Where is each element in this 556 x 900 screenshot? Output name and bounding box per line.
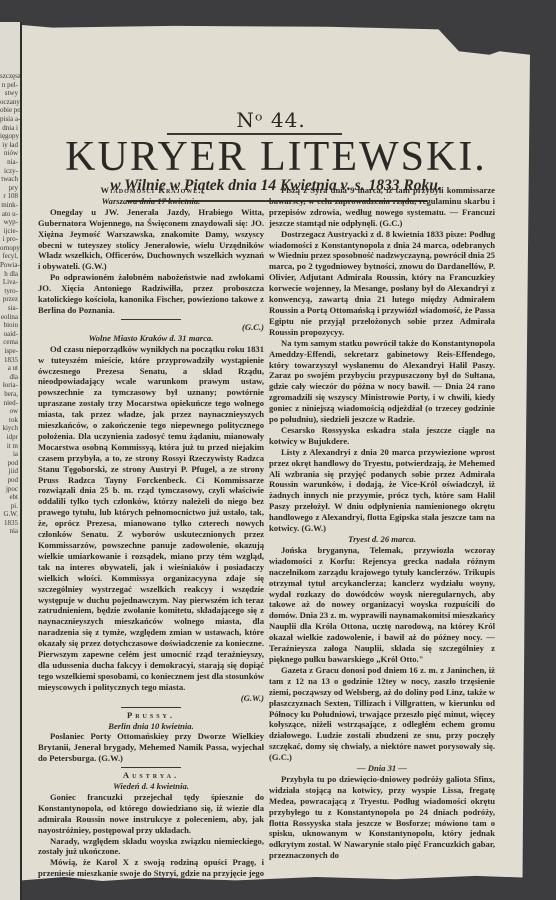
previous-page-text-fragment: sia-: [0, 304, 20, 313]
previous-page-text-fragment: ijcie-: [0, 227, 20, 236]
previous-page-text-fragment: ato u-: [0, 210, 20, 219]
previous-page-text-fragment: dla: [0, 373, 20, 382]
previous-page-text-fragment: kiych: [0, 424, 20, 433]
separator-rule: [121, 767, 181, 768]
previous-page-text-fragment: nia: [0, 527, 20, 536]
article-paragraph: Onegday u JW. Jenerała Jazdy, Hrabiego W…: [38, 207, 264, 272]
previous-page-text-fragment: oczany: [0, 98, 20, 107]
article-paragraph: Dostrzegacz Austryacki z d. 8 kwietnia 1…: [269, 229, 495, 338]
previous-page-text-fragment: ornopy: [0, 244, 20, 253]
previous-page-text-fragment: pod: [0, 459, 20, 468]
previous-page-text-fragment: ięgopy: [0, 132, 20, 141]
previous-page-text-fragment: nia-: [0, 158, 20, 167]
section-heading-domestic: Wiadomości Krajowe.: [38, 185, 264, 196]
previous-page-text-fragment: pry: [0, 184, 20, 193]
dateline-vienna: Wiedeń d. 4 kwietnia.: [38, 781, 264, 792]
right-column: Piszą z Syra dnia 9 marca, iż tam przyby…: [269, 185, 495, 861]
previous-page-text-fragment: r 108: [0, 192, 20, 201]
separator-rule: [121, 319, 181, 320]
previous-page-text-fragment: bioiu: [0, 321, 20, 330]
source-citation: (G.W.): [38, 693, 264, 704]
previous-page-text-fragment: ebt: [0, 493, 20, 502]
previous-page-text-fragment: obie po: [0, 106, 20, 115]
separator-rule: [121, 707, 181, 708]
previous-page-text-fragment: 1835: [0, 519, 20, 528]
dateline-berlin: Berlin dnia 10 kwietnia.: [38, 721, 264, 732]
previous-page-text-fragment: fecyl,: [0, 252, 20, 261]
article-paragraph: Listy z Alexandryi z dnia 20 marca przyw…: [269, 447, 495, 534]
article-paragraph: Cesarsko Rossyyska eskadra stała jeszcze…: [269, 425, 495, 447]
article-paragraph: Po odprawioném żałobném nabożeństwie nad…: [38, 272, 264, 316]
previous-page-text-fragment: pi.: [0, 502, 20, 511]
previous-page-text-fragment: cema: [0, 338, 20, 347]
previous-page-edge: szczęszn pel-stwyoczanyobie popisia a-dn…: [0, 22, 22, 900]
previous-page-text-fragment: it m: [0, 442, 20, 451]
previous-page-text-fragment: G.W.: [0, 510, 20, 519]
article-paragraph: Piszą z Syra dnia 9 marca, iż tam przyby…: [269, 185, 495, 229]
previous-page-text-fragment: twach: [0, 175, 20, 184]
previous-page-text-fragment: eolina: [0, 313, 20, 322]
previous-page-text-fragment: ia: [0, 450, 20, 459]
dateline-krakow: Wolne Miasto Kraków d. 31 marca.: [38, 333, 264, 344]
newspaper-title: KURYER LITEWSKI.: [22, 133, 530, 181]
previous-page-text-fragment: stwy: [0, 89, 20, 98]
dateline-warsaw: Warszawa dnia 17 kwietnia.: [38, 196, 264, 207]
previous-page-text-fragment: jpoc: [0, 485, 20, 494]
previous-page-text-fragment: jiid: [0, 467, 20, 476]
previous-page-text-fragment: oaid-: [0, 330, 20, 339]
previous-page-text-fragment: wyp-: [0, 218, 20, 227]
left-column: Wiadomości Krajowe. Warszawa dnia 17 kwi…: [38, 185, 264, 890]
previous-page-text-fragment: nied-: [0, 399, 20, 408]
article-paragraph: Przybyła tu po dziewięcio-dniowey podróż…: [269, 774, 495, 861]
article-paragraph: Posłaniec Porty Ottomańskiey przy Dworze…: [38, 731, 264, 764]
previous-page-text-fragment: n pel-: [0, 81, 20, 90]
source-citation: (G.C.): [38, 322, 264, 333]
previous-page-text-fragment: i pro-: [0, 235, 20, 244]
previous-page-text-fragment: mink-: [0, 201, 20, 210]
previous-page-text-fragment: Liva-: [0, 278, 20, 287]
article-paragraph: Jońska bryganyna, Telemak, przywiozła wc…: [269, 545, 495, 665]
previous-page-text-fragment: szczęsz: [0, 72, 20, 81]
article-paragraph: Gazeta z Gracu donosi pod dniem 16 z. m.…: [269, 665, 495, 763]
previous-page-text-fragment: 1835: [0, 356, 20, 365]
section-heading-prussia: Prussy.: [38, 710, 264, 721]
previous-page-text-fragment: łoria-: [0, 381, 20, 390]
previous-page-text-fragment: idpr: [0, 433, 20, 442]
article-paragraph: Narady, względem składu woyska związku n…: [38, 836, 264, 858]
previous-page-text-fragment: pod: [0, 476, 20, 485]
previous-page-text-fragment: ispe-: [0, 347, 20, 356]
previous-page-text-fragment: h dla: [0, 270, 20, 279]
previous-page-text-fragment: a ut: [0, 364, 20, 373]
previous-page-text-fragment: Powia-: [0, 261, 20, 270]
previous-page-text-fragment: bera,: [0, 390, 20, 399]
previous-page-text-fragment: tyro-: [0, 287, 20, 296]
previous-page-text-fragment: przez: [0, 295, 20, 304]
previous-page-text-fragment: ow: [0, 407, 20, 416]
previous-page-text-fragment: iczy-: [0, 167, 20, 176]
previous-page-text-fragment: niów: [0, 149, 20, 158]
section-heading-austria: Austrya.: [38, 770, 264, 781]
dateline-day: — Dnia 31 —: [269, 763, 495, 774]
previous-page-text-fragment: pisia a-: [0, 115, 20, 124]
previous-page-text-fragment: iy ład: [0, 141, 20, 150]
article-paragraph: Od czasu nieporządków wynikłych na począ…: [38, 344, 264, 693]
previous-page-text-fragment: dnia i: [0, 124, 20, 133]
article-paragraph: Na tym samym statku powrócił także do Ko…: [269, 338, 495, 425]
dateline-trieste: Tryest d. 26 marca.: [269, 534, 495, 545]
issue-number: Nᵒ 44.: [17, 108, 525, 132]
article-paragraph: Goniec francuzki przejechał tędy śpieszn…: [38, 792, 264, 836]
previous-page-text-fragment: tok: [0, 416, 20, 425]
